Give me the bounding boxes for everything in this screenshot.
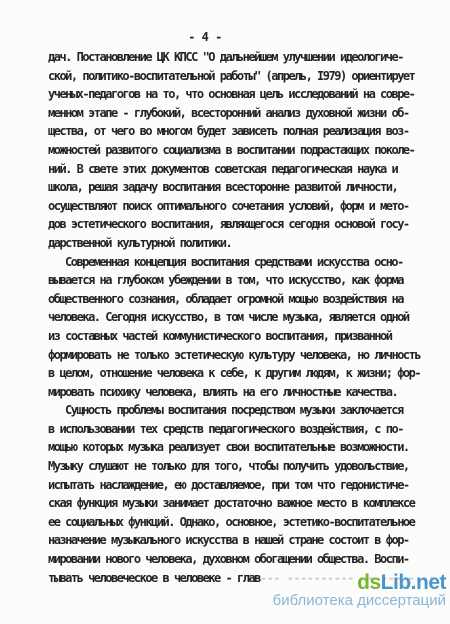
text-line: Современная концепция воспитания средств…: [48, 253, 435, 272]
text-line: школа, решая задачу воспитания всесторон…: [48, 178, 435, 197]
text-line: мировать психику человека, влиять на его…: [48, 383, 435, 402]
dslib-logo-prefix: ds: [357, 571, 381, 594]
text-line: ская функция музыки занимает достаточно …: [48, 494, 435, 513]
text-line: ний. В свете этих документов советская п…: [48, 160, 435, 179]
text-line: мощью которых музыка реализует свои восп…: [48, 438, 435, 457]
text-line: в использовании тех средств педагогическ…: [48, 420, 435, 439]
dslib-logo-suffix: Lib.net: [381, 571, 446, 594]
text-line: мировании нового человека, духовном обог…: [48, 550, 435, 569]
text-line: назначение музыкального искусства в наше…: [48, 531, 435, 550]
text-line: человека. Сегодня искусство, в том числе…: [48, 308, 435, 327]
text-line: дач. Постановление ЦК КПСС "О дальнейшем…: [48, 48, 435, 67]
dslib-subtitle: библиотека диссертаций: [273, 593, 446, 609]
text-line: ее социальных функций. Однако, основное,…: [48, 513, 435, 532]
text-line: общественного сознания, обладает огромно…: [48, 290, 435, 309]
text-line: ской, политико-воспитательной работы" (а…: [48, 67, 435, 86]
text-line: дарственной культурной политики.: [48, 234, 435, 253]
text-line: щества, от чего во многом будет зависеть…: [48, 122, 435, 141]
page-number: - 4 -: [0, 30, 410, 44]
text-line: менном этапе - глубокий, всесторонний ан…: [48, 104, 435, 123]
text-line: формировать не только эстетическую культ…: [48, 346, 435, 365]
dslib-logo[interactable]: dsLib.net: [273, 572, 446, 594]
text-line: из составных частей коммунистического во…: [48, 327, 435, 346]
scanned-document-page: - 4 - дач. Постановление ЦК КПСС "О даль…: [0, 0, 450, 624]
text-line: ученых-педагогов на то, что основная цел…: [48, 85, 435, 104]
document-body: дач. Постановление ЦК КПСС "О дальнейшем…: [48, 48, 435, 587]
text-line: осуществляют поиск оптимального сочетани…: [48, 197, 435, 216]
dslib-watermark: dsLib.net библиотека диссертаций: [273, 572, 446, 609]
text-line: можностей развитого социализма в воспита…: [48, 141, 435, 160]
text-line: вывается на глубоком убеждении в том, чт…: [48, 271, 435, 290]
text-line: Музыку слушают не только для того, чтобы…: [48, 457, 435, 476]
text-line: в целом, отношение человека к себе, к др…: [48, 364, 435, 383]
text-line: Сущность проблемы воспитания посредством…: [48, 401, 435, 420]
text-line: дов эстетического воспитания, являющегос…: [48, 215, 435, 234]
text-line: испытать наслаждение, ею доставляемое, п…: [48, 476, 435, 495]
